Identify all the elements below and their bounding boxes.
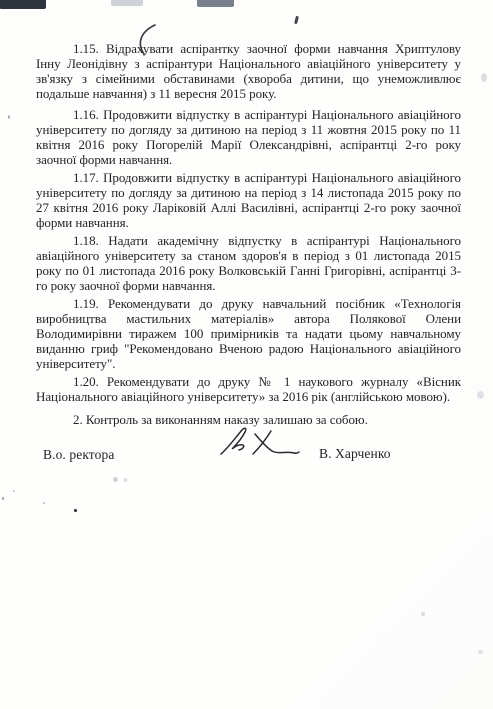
handwritten-signature: [218, 424, 302, 458]
scan-speck: [124, 478, 127, 482]
signatory-title: В.о. ректора: [43, 447, 114, 463]
scan-artifact-top-mark-2: [197, 0, 234, 7]
order-item-1-16: 1.16. Продовжити відпустку в аспірантурі…: [36, 107, 461, 167]
item-number: 1.17.: [73, 170, 99, 185]
scan-speck: [477, 391, 484, 399]
scan-speck: [74, 509, 77, 512]
scan-speck: [13, 490, 15, 492]
scan-artifact-top-left-bar: [0, 0, 46, 9]
item-number: 1.18.: [73, 233, 99, 248]
item-number: 2.: [73, 412, 83, 427]
scan-speck: [2, 497, 4, 500]
scan-speck: [113, 477, 118, 482]
scan-speck: [481, 73, 487, 82]
scan-artifact-top-mark: [111, 0, 143, 6]
signatory-name: В. Харченко: [319, 446, 391, 462]
item-text: Надати академічну відпустку в аспірантур…: [36, 233, 461, 293]
order-item-1-18: 1.18. Надати академічну відпустку в аспі…: [36, 233, 461, 293]
scanned-document-page: 1.15. Відрахувати аспірантку заочної фор…: [0, 0, 493, 709]
item-text: Продовжити відпустку в аспірантурі Націо…: [36, 107, 461, 167]
item-text: Продовжити відпустку в аспірантурі Націо…: [36, 170, 461, 230]
scan-speck: [8, 115, 10, 119]
order-item-1-15: 1.15. Відрахувати аспірантку заочної фор…: [36, 41, 461, 101]
item-number: 1.16.: [73, 107, 99, 122]
item-text: Відрахувати аспірантку заочної форми нав…: [36, 41, 461, 101]
item-number: 1.19.: [73, 296, 99, 311]
item-number: 1.20.: [73, 374, 99, 389]
order-item-1-20: 1.20. Рекомендувати до друку № 1 науково…: [36, 374, 461, 404]
item-text: Рекомендувати до друку навчальний посібн…: [36, 296, 461, 371]
scan-speck: [478, 650, 483, 654]
order-item-1-17: 1.17. Продовжити відпустку в аспірантурі…: [36, 170, 461, 230]
scan-speck: [43, 502, 45, 504]
order-item-1-19: 1.19. Рекомендувати до друку навчальний …: [36, 296, 461, 371]
scan-artifact-tick: [294, 16, 299, 24]
item-number: 1.15.: [73, 41, 99, 56]
document-body: 1.15. Відрахувати аспірантку заочної фор…: [36, 41, 461, 427]
item-text: Рекомендувати до друку № 1 наукового жур…: [36, 374, 461, 404]
scan-speck: [421, 612, 425, 616]
